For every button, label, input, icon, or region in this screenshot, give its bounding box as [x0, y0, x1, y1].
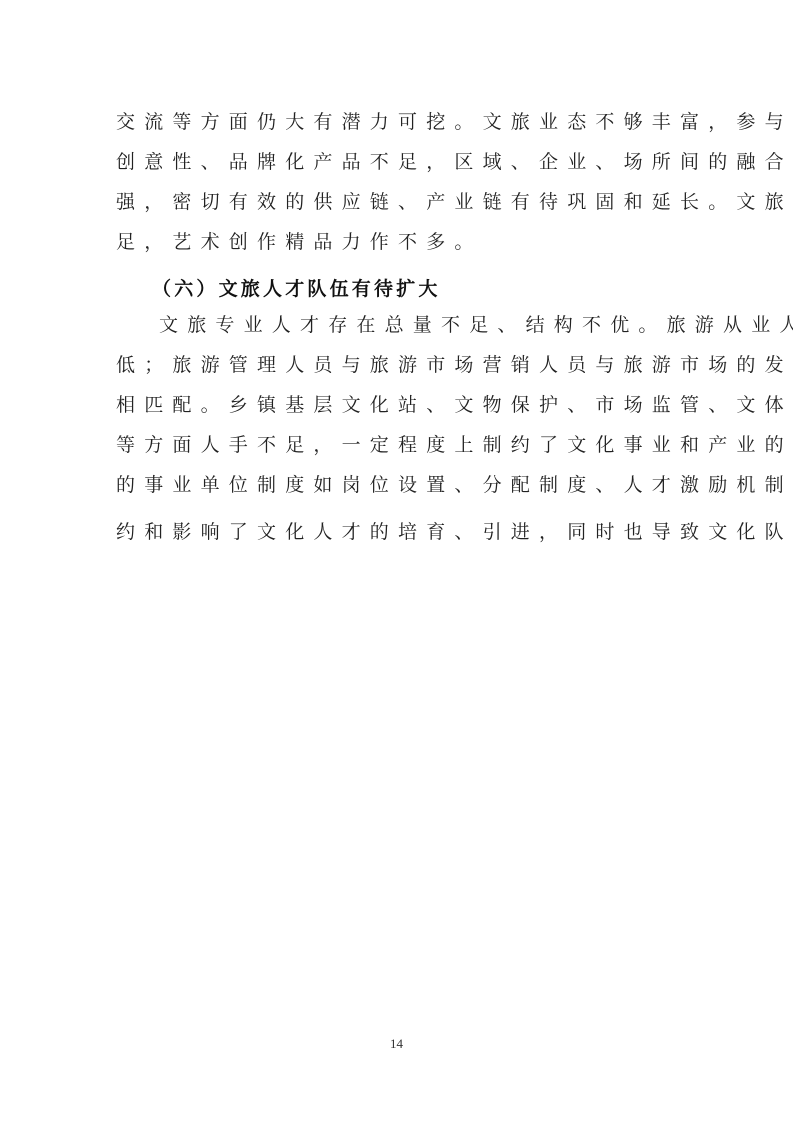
paragraph-line: 低；旅游管理人员与旅游市场营销人员与旅游市场的发展需求还不	[116, 353, 793, 377]
paragraph-line: 约和影响了文化人才的培育、引进，同时也导致文化队伍活力不够。	[116, 520, 793, 544]
page-number: 14	[0, 1036, 793, 1052]
paragraph-line: 的事业单位制度如岗位设置、分配制度、人才激励机制不完善，制	[116, 473, 793, 497]
paragraph-line: 强，密切有效的供应链、产业链有待巩固和延长。文旅产品供给不	[116, 190, 793, 214]
section-heading: （六）文旅人才队伍有待扩大	[152, 277, 441, 301]
document-page: 交流等方面仍大有潜力可挖。文旅业态不够丰富，参与体验产品少， 创意性、品牌化产品…	[0, 0, 793, 1122]
paragraph-line: 文旅专业人才存在总量不足、结构不优。旅游从业人员素质较	[159, 313, 793, 337]
paragraph-line: 足，艺术创作精品力作不多。	[116, 230, 483, 254]
paragraph-line: 等方面人手不足，一定程度上制约了文化事业和产业的发展。现行	[116, 433, 793, 457]
paragraph-line: 创意性、品牌化产品不足，区域、企业、场所间的融合力度亟需加	[116, 150, 793, 174]
paragraph-line: 交流等方面仍大有潜力可挖。文旅业态不够丰富，参与体验产品少，	[116, 110, 793, 134]
paragraph-line: 相匹配。乡镇基层文化站、文物保护、市场监管、文体专业辅导员	[116, 393, 793, 417]
